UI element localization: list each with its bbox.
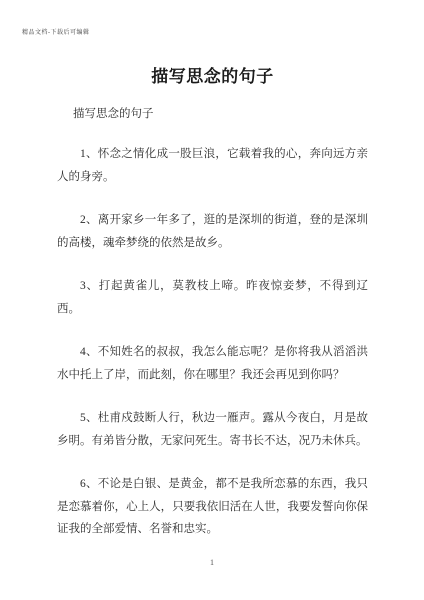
document-content: 描写思念的句子 描写思念的句子 1、怀念之情化成一股巨浪，它载着我的心，奔向远方… <box>57 0 368 541</box>
paragraph-4: 4、不知姓名的叔叔，我怎么能忘呢？是你将我从滔滔洪水中托上了岸，而此刻，你在哪里… <box>57 341 368 386</box>
document-page: 精品文档-下载后可编辑 描写思念的句子 描写思念的句子 1、怀念之情化成一股巨浪… <box>0 0 424 600</box>
document-subtitle: 描写思念的句子 <box>57 107 368 122</box>
paragraph-6: 6、不论是白银、是黄金，都不是我所恋慕的东西，我只是恋慕着你，心上人，只要我依旧… <box>57 473 368 541</box>
paragraph-2: 2、离开家乡一年多了，逛的是深圳的街道，登的是深圳的高楼，魂牵梦绕的依然是故乡。 <box>57 209 368 254</box>
page-title: 描写思念的句子 <box>57 62 368 87</box>
paragraph-5: 5、杜甫戍鼓断人行，秋边一雁声。露从今夜白，月是故乡明。有弟皆分散，无家问死生。… <box>57 407 368 452</box>
paragraph-1: 1、怀念之情化成一股巨浪，它载着我的心，奔向远方亲人的身旁。 <box>57 143 368 188</box>
paragraph-3: 3、打起黄雀儿，莫教枝上啼。昨夜惊妾梦，不得到辽西。 <box>57 275 368 320</box>
page-number: 1 <box>0 558 424 567</box>
